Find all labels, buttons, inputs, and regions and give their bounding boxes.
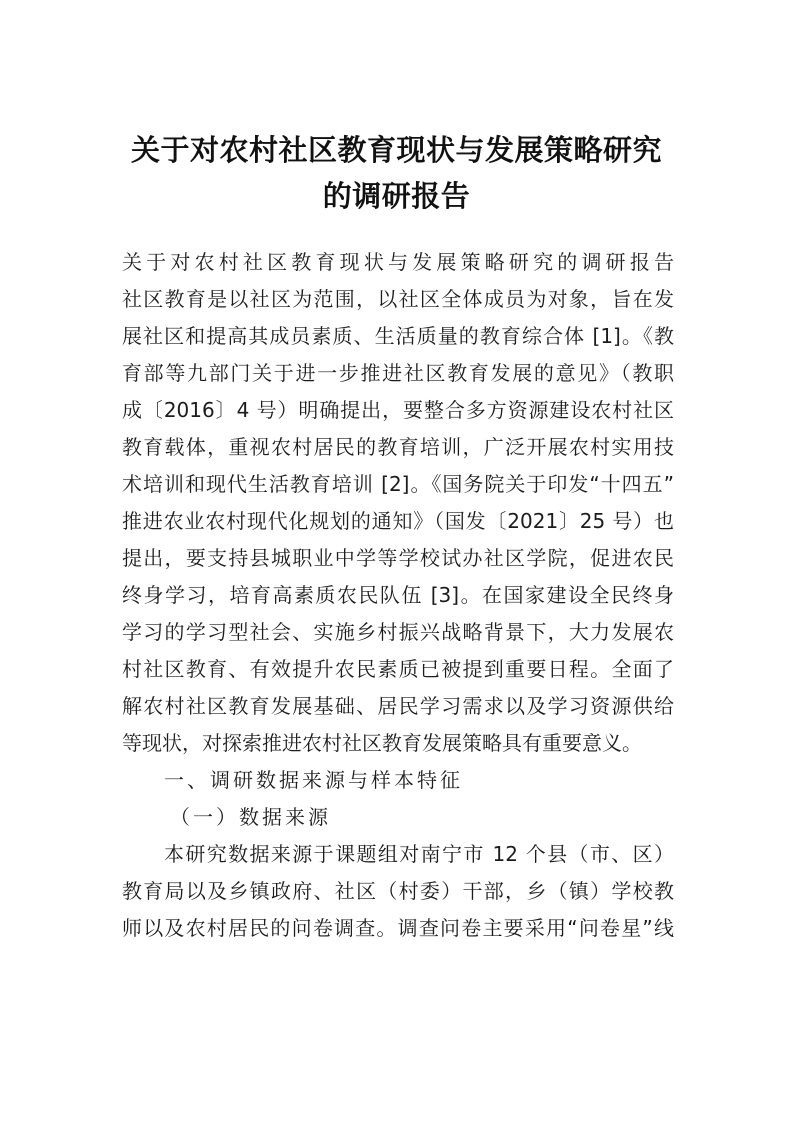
body-line: 展社区和提高其成员素质、生活质量的教育综合体 [1]。《教 [122,318,674,355]
document-title-line-1: 关于对农村社区教育现状与发展策略研究 [0,128,793,169]
body-line: 学习的学习型社会、实施乡村振兴战略背景下，大力发展农 [122,614,674,651]
document-title-line-2: 的调研报告 [0,174,793,215]
body-line: 师以及农村居民的问卷调查。调查问卷主要采用“问卷星”线 [122,910,674,947]
body-line: 教育载体，重视农村居民的教育培训，广泛开展农村实用技 [122,429,674,466]
body-line: 关于对农村社区教育现状与发展策略研究的调研报告 [122,244,674,281]
body-line: 术培训和现代生活教育培训 [2]。《国务院关于印发“十四五” [122,466,674,503]
body-line: 推进农业农村现代化规划的通知》（国发〔2021〕25 号）也 [122,503,674,540]
document-page: 关于对农村社区教育现状与发展策略研究 的调研报告 关于对农村社区教育现状与发展策… [0,0,793,1122]
body-line: 成〔2016〕4 号）明确提出，要整合多方资源建设农村社区 [122,392,674,429]
body-line: 等现状，对探索推进农村社区教育发展策略具有重要意义。 [122,725,674,762]
body-line: 解农村社区教育发展基础、居民学习需求以及学习资源供给 [122,688,674,725]
body-line: 本研究数据来源于课题组对南宁市 12 个县（市、区） [122,836,674,873]
subsection-heading: （一）数据来源 [122,799,674,836]
document-body: 关于对农村社区教育现状与发展策略研究的调研报告 社区教育是以社区为范围，以社区全… [122,244,674,947]
body-line: 教育局以及乡镇政府、社区（村委）干部，乡（镇）学校教 [122,873,674,910]
body-line: 社区教育是以社区为范围，以社区全体成员为对象，旨在发 [122,281,674,318]
section-heading: 一、调研数据来源与样本特征 [122,762,674,799]
body-line: 终身学习，培育高素质农民队伍 [3]。在国家建设全民终身 [122,577,674,614]
body-line: 提出，要支持县城职业中学等学校试办社区学院，促进农民 [122,540,674,577]
body-line: 育部等九部门关于进一步推进社区教育发展的意见》（教职 [122,355,674,392]
body-line: 村社区教育、有效提升农民素质已被提到重要日程。全面了 [122,651,674,688]
